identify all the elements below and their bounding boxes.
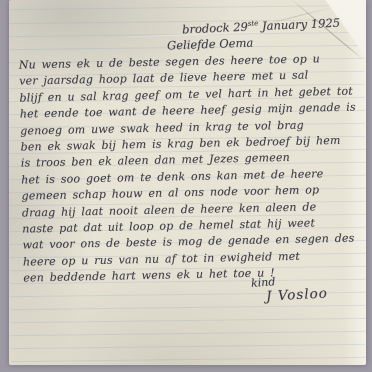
letter-paper: brodock 29ste January 1925 Geliefde Oema… xyxy=(9,0,366,365)
dateline-ordinal: ste xyxy=(247,19,258,27)
letter-body: Nu wens ek u de beste segen des heere to… xyxy=(19,51,359,287)
salutation: Geliefde Oema xyxy=(167,35,254,52)
dateline-place-day: brodock 29 xyxy=(182,20,248,37)
letter-photo: brodock 29ste January 1925 Geliefde Oema… xyxy=(0,0,372,372)
signature: J Vosloo xyxy=(266,285,329,304)
